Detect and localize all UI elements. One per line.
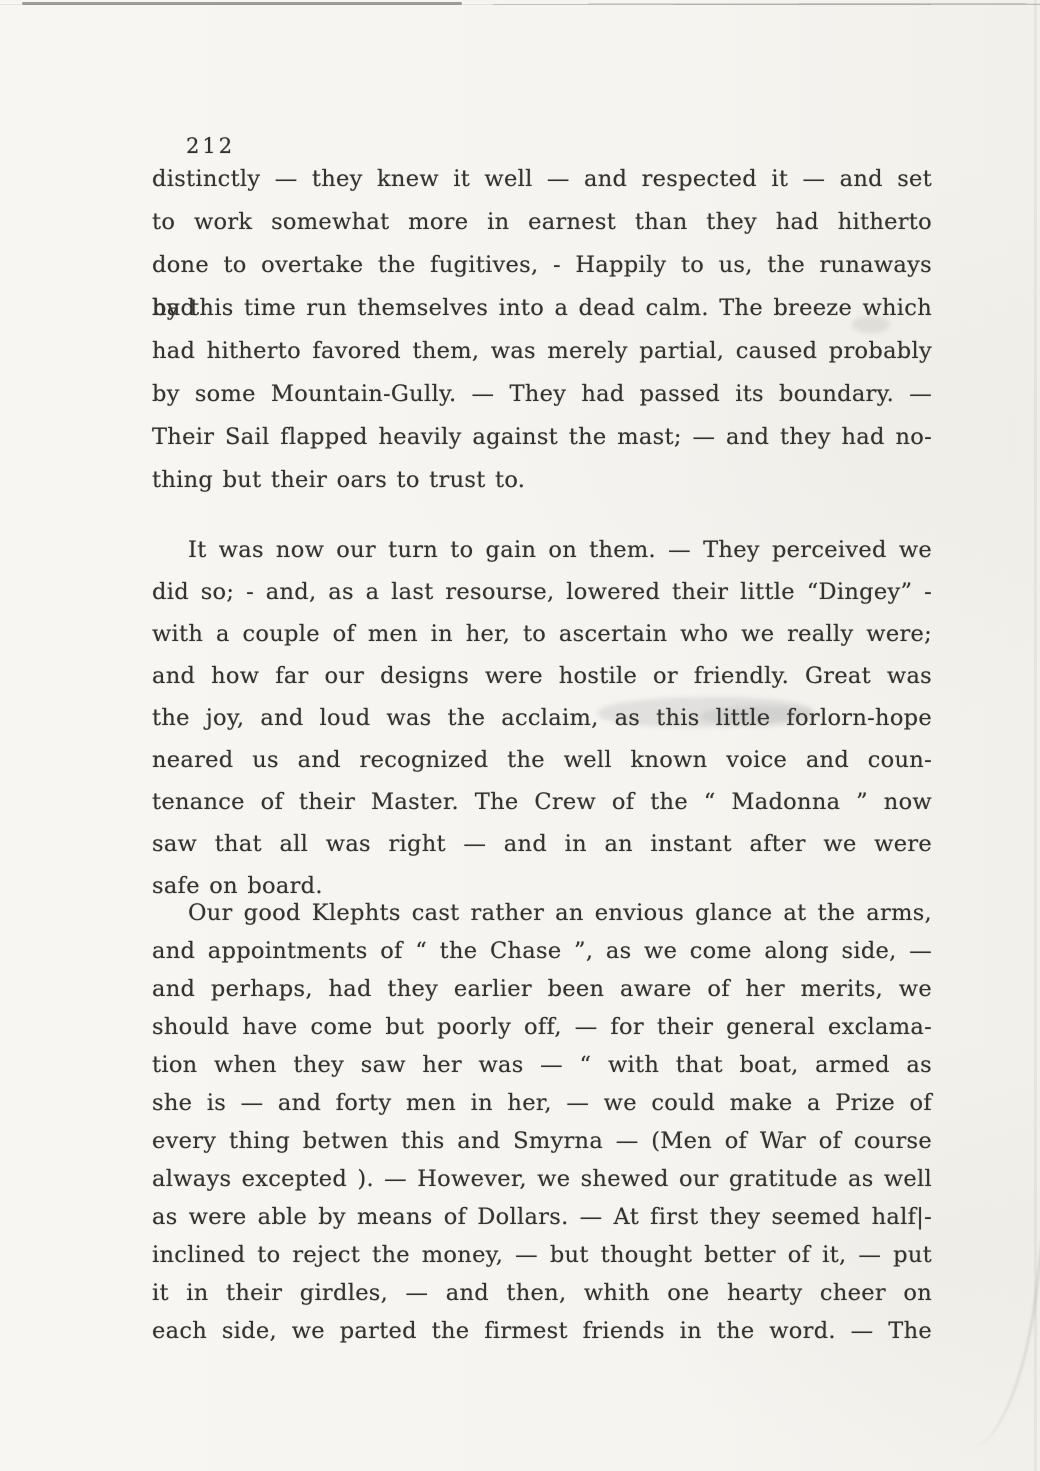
text-line: and perhaps, had they earlier been aware… (152, 970, 932, 1008)
text-line: with a couple of men in her, to ascertai… (152, 613, 932, 655)
text-line: should have come but poorly off, — for t… (152, 1008, 932, 1046)
text-line: thing but their oars to trust to. (152, 459, 932, 502)
text-line: the joy, and loud was the acclaim, as th… (152, 697, 932, 739)
text-line: every thing betwen this and Smyrna — (Me… (152, 1122, 932, 1160)
text-line: as were able by means of Dollars. — At f… (152, 1198, 932, 1236)
paragraph-1: distinctly — they knew it well — and res… (152, 158, 932, 502)
text-line: Our good Klephts cast rather an envious … (152, 894, 932, 932)
scan-artifact-top-hairline (0, 4, 1040, 5)
text-line: did so; - and, as a last resourse, lower… (152, 571, 932, 613)
text-line: it in their girdles, — and then, whith o… (152, 1274, 932, 1312)
text-line: tion when they saw her was — “ with that… (152, 1046, 932, 1084)
text-line: Their Sail flapped heavily against the m… (152, 416, 932, 459)
text-line: done to overtake the fugitives, - Happil… (152, 244, 932, 287)
text-line: had hitherto favored them, was merely pa… (152, 330, 932, 373)
page-number: 212 (186, 134, 235, 158)
text-line: neared us and recognized the well known … (152, 739, 932, 781)
text-line: each side, we parted the firmest friends… (152, 1312, 932, 1350)
page-curl-shadow (964, 1233, 1040, 1453)
text-line: she is — and forty men in her, — we coul… (152, 1084, 932, 1122)
text-line: It was now our turn to gain on them. — T… (152, 529, 932, 571)
paragraph-3: Our good Klephts cast rather an envious … (152, 894, 932, 1350)
text-line: and appointments of “ the Chase ”, as we… (152, 932, 932, 970)
text-line: by this time run themselves into a dead … (152, 287, 932, 330)
text-line: to work somewhat more in earnest than th… (152, 201, 932, 244)
text-line: inclined to reject the money, — but thou… (152, 1236, 932, 1274)
text-line: saw that all was right — and in an insta… (152, 823, 932, 865)
text-line: distinctly — they knew it well — and res… (152, 158, 932, 201)
text-line: tenance of their Master. The Crew of the… (152, 781, 932, 823)
text-line: always excepted ). — However, we shewed … (152, 1160, 932, 1198)
text-line: and how far our designs were hostile or … (152, 655, 932, 697)
paragraph-2: It was now our turn to gain on them. — T… (152, 529, 932, 907)
book-page: 212 distinctly — they knew it well — and… (0, 0, 1040, 1471)
text-line: by some Mountain-Gully. — They had passe… (152, 373, 932, 416)
